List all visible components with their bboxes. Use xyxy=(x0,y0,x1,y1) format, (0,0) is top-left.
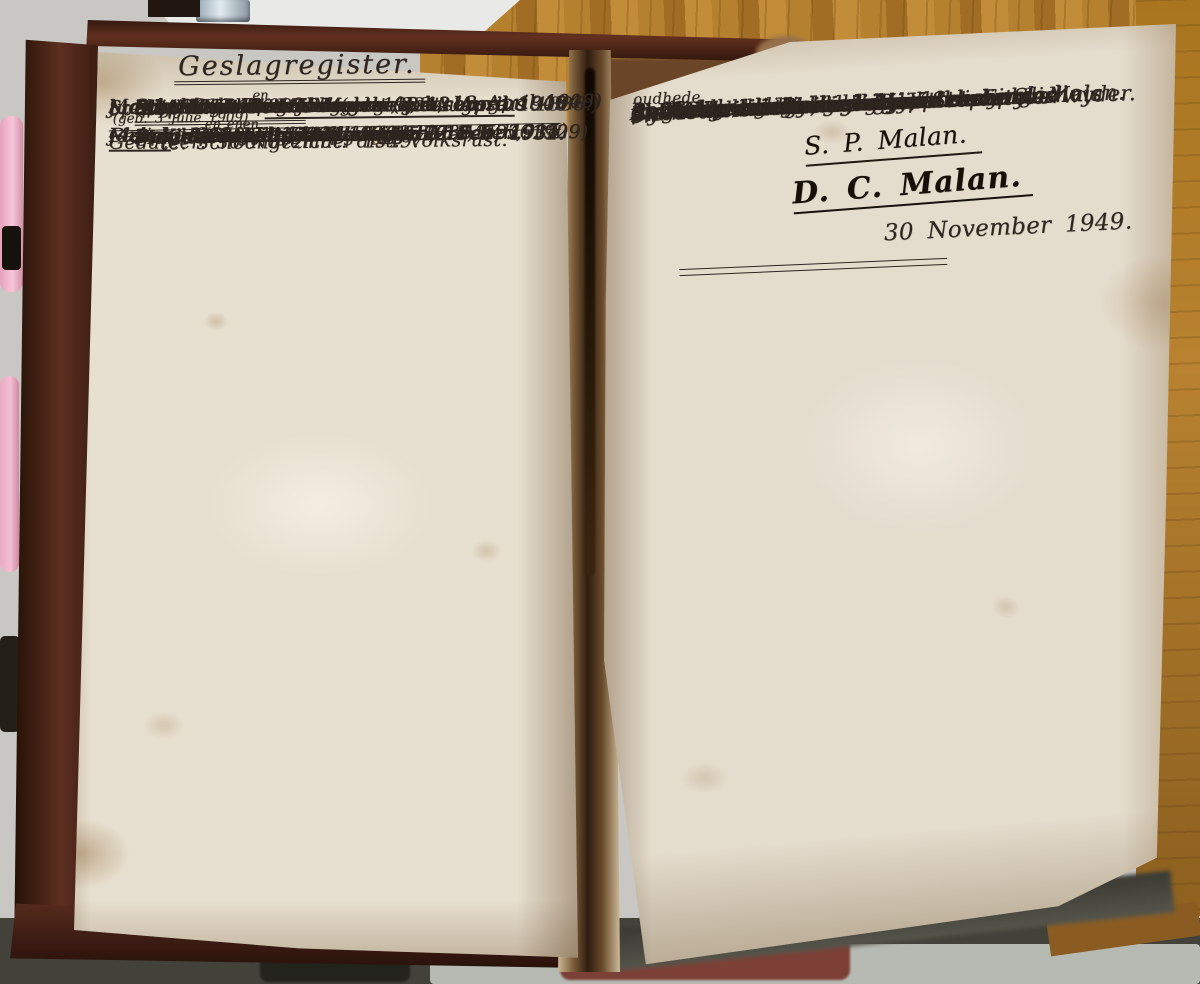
register-lines: Stephanus Petrus Malan. geb, 13 April 18… xyxy=(108,90,570,136)
photograph-of-bible-register: Geslagregister. Stephanus Petrus Malan. … xyxy=(0,0,1200,984)
pen-clip xyxy=(2,226,21,270)
left-page-text: Geslagregister. Stephanus Petrus Malan. … xyxy=(108,49,571,136)
left-page xyxy=(60,46,580,964)
dark-object xyxy=(0,636,20,732)
right-page-text: Hierdie Bybel is tydens dieAnglo-Boere o… xyxy=(630,73,1182,267)
glass-object xyxy=(196,0,250,22)
dark-case xyxy=(148,0,200,17)
pink-object xyxy=(0,376,19,572)
register-title: Geslagregister. xyxy=(174,51,426,86)
